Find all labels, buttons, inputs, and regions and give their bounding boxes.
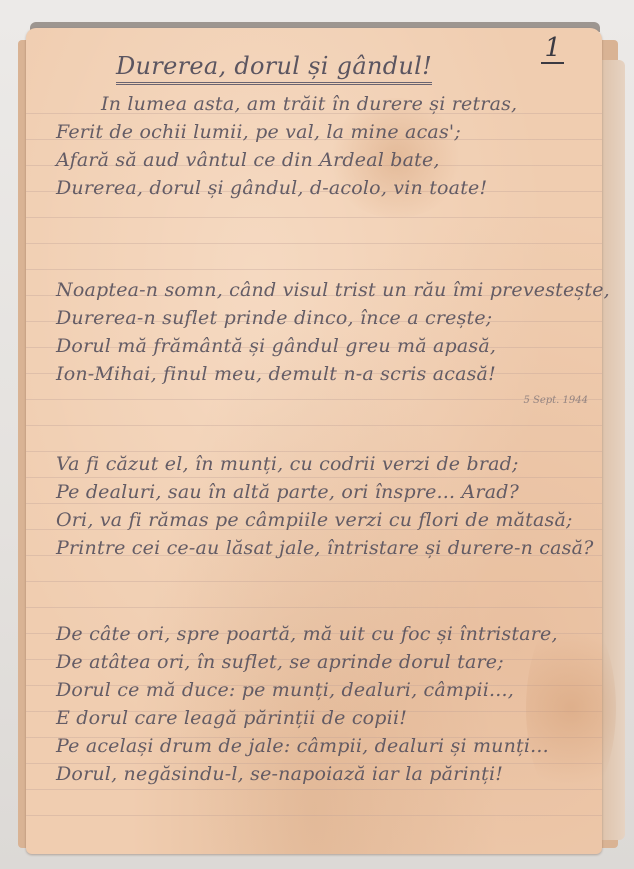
poem-line: De câte ori, spre poartă, mă uit cu foc … <box>56 620 586 648</box>
poem-title: Durerea, dorul și gândul! <box>116 52 432 85</box>
poem-line: Ferit de ochii lumii, pe val, la mine ac… <box>56 118 586 146</box>
poem-line: Dorul, negăsindu-l, se-napoiază iar la p… <box>56 760 586 788</box>
poem-line: De atâtea ori, în suflet, se aprinde dor… <box>56 648 586 676</box>
poem-line: Printre cei ce-au lăsat jale, întristare… <box>56 534 586 562</box>
stanza-1: In lumea asta, am trăit în durere și ret… <box>56 90 586 202</box>
page-number: 1 <box>541 34 564 64</box>
poem-line: Afară să aud vântul ce din Ardeal bate, <box>56 146 586 174</box>
poem-line: Durerea-n suflet prinde dinco, înce a cr… <box>56 304 586 332</box>
stanza-3: Va fi căzut el, în munți, cu codrii verz… <box>56 450 586 562</box>
poem-line: Ori, va fi rămas pe câmpiile verzi cu fl… <box>56 506 586 534</box>
poem-line: In lumea asta, am trăit în durere și ret… <box>56 90 586 118</box>
poem-line: Dorul mă frământă și gândul greu mă apas… <box>56 332 586 360</box>
poem-line: Durerea, dorul și gândul, d-acolo, vin t… <box>56 174 586 202</box>
poem-line: Pe dealuri, sau în altă parte, ori înspr… <box>56 478 586 506</box>
stanza-2: Noaptea-n somn, când visul trist un rău … <box>56 276 586 388</box>
date-annotation: 5 Sept. 1944 <box>523 395 588 406</box>
poem-line: Ion-Mihai, finul meu, demult n-a scris a… <box>56 360 586 388</box>
poem-line: Va fi căzut el, în munți, cu codrii verz… <box>56 450 586 478</box>
stanza-4: De câte ori, spre poartă, mă uit cu foc … <box>56 620 586 788</box>
poem-line: Noaptea-n somn, când visul trist un rău … <box>56 276 586 304</box>
poem-line: Dorul ce mă duce: pe munți, dealuri, câm… <box>56 676 586 704</box>
poem-line: Pe același drum de jale: câmpii, dealuri… <box>56 732 586 760</box>
manuscript-page: 1 Durerea, dorul și gândul! In lumea ast… <box>26 28 602 854</box>
poem-line: E dorul care leagă părinții de copii! <box>56 704 586 732</box>
